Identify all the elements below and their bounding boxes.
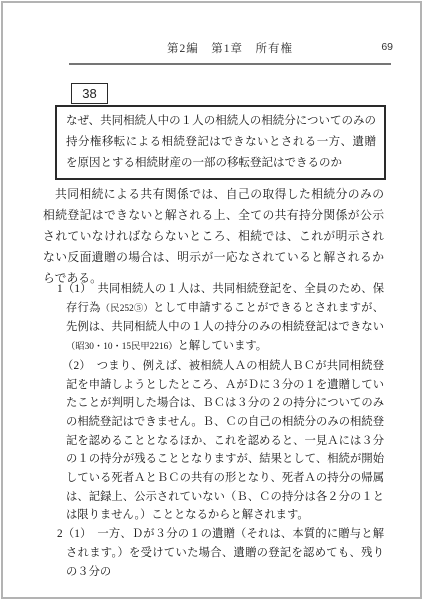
page-header: 第2編 第1章 所有権 69: [69, 40, 391, 56]
chapter-heading: 第2編 第1章 所有権: [69, 40, 391, 56]
page-number: 69: [381, 41, 393, 53]
explanation-section: 1（1） 共同相続人の１人は、共同相続登記を、全員のため、保存行為（民252⑤）…: [57, 280, 384, 581]
explanation-item-2-1: 2（1） 一方、Ｄが３分の１の遺贈（それは、本質的に贈与と解されます。）を受けて…: [57, 525, 384, 581]
book-page: 第2編 第1章 所有権 69 38 なぜ、共同相続人中の１人の相続人の相続分につ…: [1, 1, 422, 599]
text-segment: と解しています。: [178, 340, 267, 352]
question-title-box: なぜ、共同相続人中の１人の相続人の相続分についてのみの持分権移転による相続登記は…: [55, 105, 386, 180]
statute-citation: （民252⑤）: [101, 304, 153, 314]
question-number-box: 38: [71, 83, 108, 104]
header-rule: [69, 63, 391, 65]
question-number: 38: [82, 86, 96, 101]
summary-answer-paragraph: 共同相続による共有関係では、自己の取得した相続分のみの相続登記はできないと解され…: [43, 184, 384, 289]
question-title-text: なぜ、共同相続人中の１人の相続人の相続分についてのみの持分権移転による相続登記は…: [66, 115, 376, 169]
precedent-citation: （昭30・10・15民甲2216）: [66, 342, 178, 352]
explanation-item-2: （2） つまり、例えば、被相続人Ａの相続人ＢＣが共同相続登記を申請しようとしたと…: [57, 357, 384, 525]
explanation-item-1-1: 1（1） 共同相続人の１人は、共同相続登記を、全員のため、保存行為（民252⑤）…: [57, 280, 384, 357]
